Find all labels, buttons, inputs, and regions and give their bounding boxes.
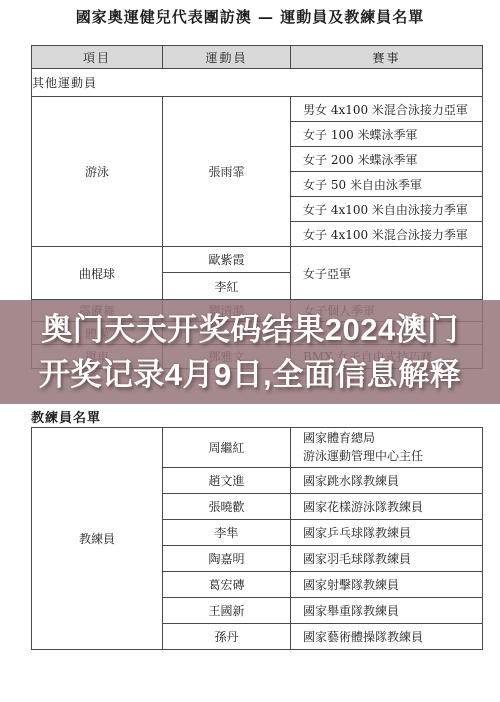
coach-name-cell: 李隼 (163, 520, 291, 546)
coach-title-cell: 國家乒乓球隊教練員 (291, 520, 483, 546)
coach-name-cell: 趙文進 (163, 468, 291, 494)
header-athlete: 運動員 (163, 46, 291, 69)
header-project: 項目 (32, 46, 163, 69)
section-label: 其他運動員 (32, 69, 483, 97)
table-row: 游泳 張雨霏 男女 4x100 米混合泳接力亞軍 (32, 97, 483, 122)
coach-name-cell: 周繼紅 (163, 428, 291, 468)
coaches-table: 教練員 周繼紅 國家體育總局 游泳運動管理中心主任 趙文進 國家跳水隊教練員 張… (31, 427, 483, 650)
coach-name-cell: 張曉歡 (163, 494, 291, 520)
event-cell: 女子 100 米蝶泳季軍 (291, 122, 483, 147)
document-page: 國家奧運健兒代表團訪澳 — 運動員及教練員名單 項目 運動員 賽事 其他運動員 … (0, 0, 500, 702)
event-cell: 女子 4x100 米混合泳接力季軍 (291, 222, 483, 247)
header-event: 賽事 (291, 46, 483, 69)
section-row: 其他運動員 (32, 69, 483, 97)
coach-title-cell: 國家跳水隊教練員 (291, 468, 483, 494)
coach-name-cell: 王國新 (163, 598, 291, 624)
coach-name-cell: 孫丹 (163, 624, 291, 650)
athlete-cell: 李紅 (163, 273, 291, 300)
ad-overlay-banner[interactable]: 奥门天天开奖码结果2024澳门 开奖记录4月9日,全面信息解释 (0, 300, 500, 404)
event-cell: 女子 50 米自由泳季軍 (291, 172, 483, 197)
event-cell: 男女 4x100 米混合泳接力亞軍 (291, 97, 483, 122)
athlete-cell: 歐紫霞 (163, 247, 291, 273)
event-cell: 女子亞軍 (291, 247, 483, 300)
coach-title-cell: 國家體育總局 游泳運動管理中心主任 (291, 428, 483, 468)
event-cell: 女子 200 米蝶泳季軍 (291, 147, 483, 172)
table-row: 曲棍球 歐紫霞 女子亞軍 (32, 247, 483, 273)
coach-title-cell: 國家射擊隊教練員 (291, 572, 483, 598)
page-title: 國家奧運健兒代表團訪澳 — 運動員及教練員名單 (0, 6, 500, 27)
coaches-section-title: 教練員名單 (31, 407, 101, 426)
ad-overlay-text-line1: 奥门天天开奖码结果2024澳门 (41, 308, 458, 351)
role-cell: 教練員 (32, 428, 163, 650)
coach-name-cell: 葛宏磚 (163, 572, 291, 598)
coach-title-cell: 國家羽毛球隊教練員 (291, 546, 483, 572)
coach-title-cell: 國家舉重隊教練員 (291, 598, 483, 624)
table-row: 教練員 周繼紅 國家體育總局 游泳運動管理中心主任 (32, 428, 483, 468)
table-header-row: 項目 運動員 賽事 (32, 46, 483, 69)
sport-cell: 游泳 (32, 97, 163, 247)
coach-title-cell: 國家花樣游泳隊教練員 (291, 494, 483, 520)
ad-overlay-text-line2: 开奖记录4月9日,全面信息解释 (39, 353, 462, 396)
athlete-cell: 張雨霏 (163, 97, 291, 247)
coach-title-cell: 國家藝術體操隊教練員 (291, 624, 483, 650)
coach-name-cell: 陶嘉明 (163, 546, 291, 572)
event-cell: 女子 4x100 米自由泳接力季軍 (291, 197, 483, 222)
sport-cell: 曲棍球 (32, 247, 163, 300)
